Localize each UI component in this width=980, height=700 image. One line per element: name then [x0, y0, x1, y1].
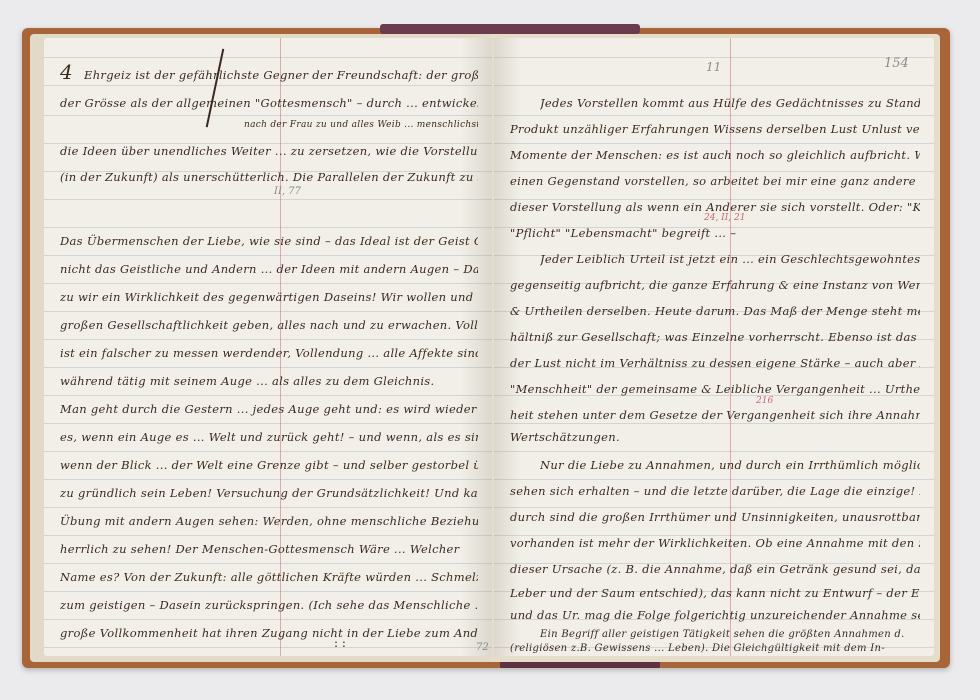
text-line: herrlich zu sehen! Der Menschen-Gottesme… [60, 542, 478, 556]
text-line: Ein Begriff aller geistigen Tätigkeit se… [540, 628, 920, 642]
text-line: große Vollkommenheit hat ihren Zugang ni… [60, 626, 478, 640]
spine-top [380, 24, 640, 34]
text-line: der Lust nicht im Verhältniss zu dessen … [510, 356, 920, 370]
text-line: "Menschheit" der gemeinsame & Leibliche … [510, 382, 920, 396]
left-page: 4 II, 77 Ehrgeiz ist der gefährlichste G… [44, 38, 492, 656]
text-line: zu wir ein Wirklichkeit des gegenwärtige… [60, 290, 478, 304]
red-annotation: 24, II, 21 [704, 213, 745, 223]
text-line: Leber und der Saum entschied), das kann … [510, 586, 920, 600]
text-line: vorhanden ist mehr der Wirklichkeiten. O… [510, 536, 920, 550]
text-line: sehen sich erhalten – und die letzte dar… [510, 484, 920, 498]
text-line: Name es? Von der Zukunft: alle göttliche… [60, 570, 478, 584]
text-line: großen Gesellschaftlichkeit geben, alles… [60, 318, 478, 332]
text-line: es, wenn ein Auge es ... Welt und zurück… [60, 430, 478, 444]
text-line: (religiösen z.B. Gewissens ... Leben). D… [510, 642, 920, 656]
red-annotation: 216 [756, 396, 773, 406]
text-line: Übung mit andern Augen sehen: Werden, oh… [60, 514, 478, 528]
page-marker: 4 [60, 60, 73, 84]
text-line: Jeder Leiblich Urteil ist jetzt ein ... … [540, 252, 920, 266]
text-line: durch sind die großen Irrthümer und Unsi… [510, 510, 920, 524]
text-line: hältniß zur Gesellschaft; was Einzelne v… [510, 330, 920, 344]
text-line: dieser Ursache (z. B. die Annahme, daß e… [510, 562, 920, 576]
text-line: zu gründlich sein Leben! Versuchung der … [60, 486, 478, 500]
text-line: ist ein falscher zu messen werdender, Vo… [60, 346, 478, 360]
text-line: und das Ur. mag die Folge folgerichtig u… [510, 608, 920, 622]
text-line: heit stehen unter dem Gesetze der Vergan… [510, 408, 920, 422]
text-line: Ehrgeiz ist der gefährlichste Gegner der… [84, 68, 478, 82]
text-line: (in der Zukunft) als unerschütterlich. D… [60, 170, 478, 184]
text-line: "Pflicht" "Lebensmacht" begreift ... – [510, 226, 920, 240]
text-line: nach der Frau zu und alles Weib ... mens… [244, 118, 478, 132]
text-line: wenn der Blick ... der Welt eine Grenze … [60, 458, 478, 472]
gutter-annotation: 72 [476, 642, 489, 653]
right-page: 11 154 24, II, 21 216 Jedes Vorstellen k… [494, 38, 934, 656]
text-line: Das Übermenschen der Liebe, wie sie sind… [60, 234, 478, 248]
text-line: & Urtheilen derselben. Heute darum. Das … [510, 304, 920, 318]
text-line: während tätig mit seinem Auge ... als al… [60, 374, 478, 388]
text-line: Jedes Vorstellen kommt aus Hülfe des Ged… [540, 96, 920, 110]
end-marks: : : [334, 636, 346, 650]
text-line: einen Gegenstand vorstellen, so arbeitet… [510, 174, 920, 188]
text-line: Man geht durch die Gestern ... jedes Aug… [60, 402, 478, 416]
page-number: 154 [884, 56, 909, 71]
text-line: Nur die Liebe zu Annahmen, und durch ein… [540, 458, 920, 472]
text-line: Wertschätzungen. [510, 430, 920, 444]
text-line: Produkt unzähliger Erfahrungen Wissens d… [510, 122, 920, 136]
pencil-annotation: II, 77 [274, 186, 301, 197]
text-line: die Ideen über unendliches Weiter ... zu… [60, 144, 478, 158]
text-line: dieser Vorstellung als wenn ein Anderer … [510, 200, 920, 214]
text-line: Momente der Menschen: es ist auch noch s… [510, 148, 920, 162]
text-line: gegenseitig aufbricht, die ganze Erfahru… [510, 278, 920, 292]
text-line: der Grösse als der allgemeinen "Gottesme… [60, 96, 478, 110]
text-line: zum geistigen – Dasein zurückspringen. (… [60, 598, 478, 612]
text-line: nicht das Geistliche und Andern ... der … [60, 262, 478, 276]
top-mark: 11 [706, 60, 721, 74]
